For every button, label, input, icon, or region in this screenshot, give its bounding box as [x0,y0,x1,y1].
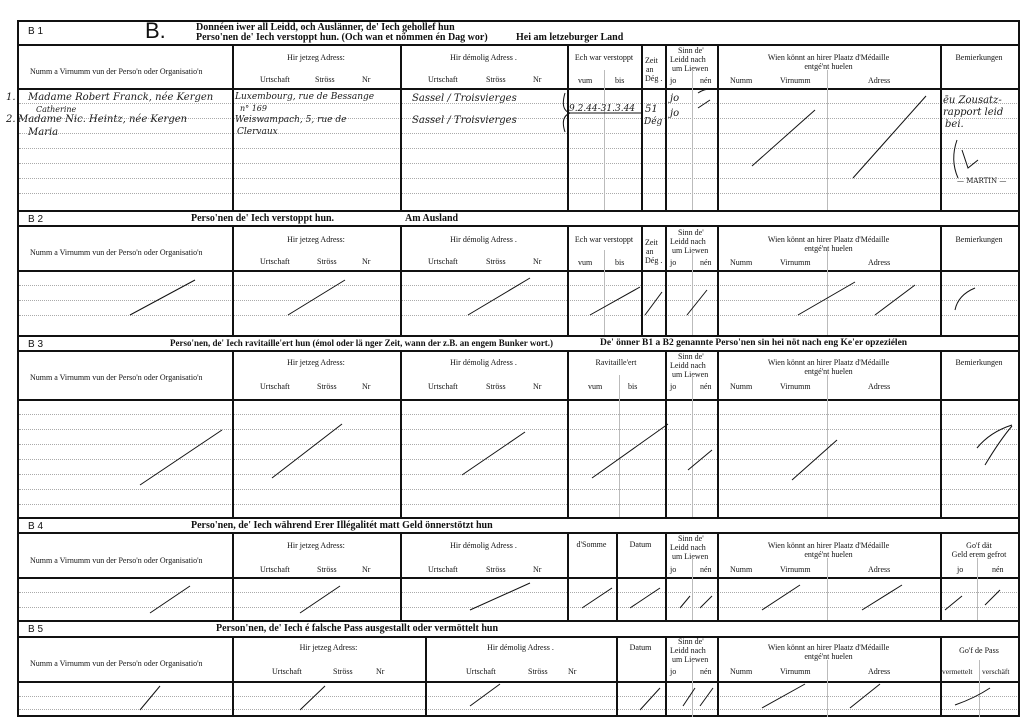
b4-header-urtschaft-former: Urtschaft [428,565,458,574]
b1-header-bottom [17,88,1019,90]
b4-header-jo: jo [670,565,676,574]
b5-header-numm: Numm [730,667,752,676]
b5-header-adress: Adress [868,667,890,676]
b3-header-medal-2: entgé'nt huelen [717,367,940,376]
b1-header-medal-1: Wien könnt an hirer Plaatz d'Médaille [717,53,940,62]
b4-header-nr-former: Nr [533,565,541,574]
b1-entry-period: 9.2.44-31.3.44 [569,104,635,114]
b4-header-medal-1: Wien könnt an hirer Plaatz d'Médaille [717,541,940,550]
b3-header-numm: Numm [730,382,752,391]
b1-entry-1-alive-jo: jo [670,93,679,104]
b4-header-alive-2: Leidd nach [670,543,706,552]
b5-header-medal-1: Wien könnt an hirer Plaatz d'Médaille [717,643,940,652]
b1-header-zeit-deg: Dég . [645,74,662,83]
b1-entry-1-name-2: Catherine [36,105,76,114]
b2-header-alive-3: um Liewen [672,246,708,255]
b5-header-jo: jo [670,667,676,676]
b1-entry-days-unit: Dég [644,117,662,127]
b1-entry-2-former-address: Sassel / Troisvierges [412,115,517,126]
b2-header-name: Numm a Virnumm vun der Perso'n oder Orga… [30,248,203,257]
b5-header-current-address: Hir jetzeg Adress: [232,643,425,652]
b4-header-money-given-1: Go'f dät [940,541,1018,550]
b1-remarks-2: rapport leid [943,107,1003,118]
b4-header-current-address: Hir jetzeg Adress: [232,541,400,550]
b4-header-money-jo: jo [957,565,963,574]
b1-header-nen: nén [700,76,712,85]
b2-header-current-address: Hir jetzeg Adress: [232,235,400,244]
b3-header-urtschaft-former: Urtschaft [428,382,458,391]
b5-header-name: Numm a Virnumm vun der Perso'n oder Orga… [30,659,203,668]
b1-header-vum: vum [578,76,592,85]
b1-header-virnumm: Virnumm [780,76,811,85]
b3-header-jo: jo [670,382,676,391]
b2-header-vum: vum [578,258,592,267]
b2-header-hidden-period: Ech war verstoppt [567,235,641,244]
b2-header-alive-1: Sinn de' [678,228,704,237]
b3-header-alive-2: Leidd nach [670,361,706,370]
b1-header-name: Numm a Virnumm vun der Perso'n oder Orga… [30,67,203,76]
b2-header-adress: Adress [868,258,890,267]
b4-header-money-nen: nén [992,565,1004,574]
b1-signature: — MARTIN — [957,177,1006,185]
b4-section-code: B 4 [28,521,43,532]
b3-header-current-address: Hir jetzeg Adress: [232,358,400,367]
b1-header-nr-former: Nr [533,75,541,84]
b4-header-alive-3: um Liewen [672,552,708,561]
b1-entry-2-current-address: Weiswampach, 5, rue de [235,115,346,125]
b4-header-nen: nén [700,565,712,574]
b1-header-alive-3: um Liewen [672,64,708,73]
b5-header-urtschaft-former: Urtschaft [466,667,496,676]
b2-header-virnumm: Virnumm [780,258,811,267]
b1-header-urtschaft: Urtschaft [260,75,290,84]
b4-header-nr: Nr [362,565,370,574]
b3-header-stross: Ströss [317,382,337,391]
b4-header-virnumm: Virnumm [780,565,811,574]
b1-header-hidden-period: Ech war verstoppt [567,53,641,62]
b1-entry-2-name: Madame Nic. Heintz, née Kergen [18,114,187,125]
b4-title: Perso'nen, de' Iech während Erer Illégal… [191,520,493,531]
b3-header-bis: bis [628,382,637,391]
b4-header-stross: Ströss [317,565,337,574]
b5-header-former-address: Hir démolig Adress . [425,643,616,652]
b1-entry-2-name-2: Maria [28,127,58,138]
b1-entry-1-current-address-2: n° 169 [240,104,267,113]
form-letter: B. [145,18,166,44]
b1-header-remarks: Bemierkungen [940,53,1018,62]
b2-title-2: Am Ausland [405,213,458,224]
b5-header-verschaft: verschäft [982,667,1009,676]
b2-header-bis: bis [615,258,624,267]
b1-entry-2-index: 2. [6,114,16,125]
b2-header-medal-1: Wien könnt an hirer Plaatz d'Médaille [717,235,940,244]
b1-header-bis: bis [615,76,624,85]
b2-header-urtschaft: Urtschaft [260,257,290,266]
b2-header-zeit-deg: Dég . [645,256,662,265]
b3-header-alive-1: Sinn de' [678,352,704,361]
b4-header-former-address: Hir démolig Adress . [400,541,567,550]
b5-header-stross: Ströss [333,667,353,676]
b3-header-remarks: Bemierkungen [940,358,1018,367]
b3-header-medal-1: Wien könnt an hirer Plaatz d'Médaille [717,358,940,367]
b4-header-money-given-2: Geld erem gefrot [940,550,1018,559]
b5-header-stross-former: Ströss [528,667,548,676]
b1-entry-2-current-address-2: Clervaux [237,127,278,137]
b5-header-alive-2: Leidd nach [670,646,706,655]
b5-header-nen: nén [700,667,712,676]
b3-header-stross-former: Ströss [486,382,506,391]
b3-header-adress: Adress [868,382,890,391]
b2-header-stross-former: Ströss [486,257,506,266]
b5-title: Person'nen, de' Iech é falsche Pass ausg… [216,623,498,634]
b2-header-nr-former: Nr [533,257,541,266]
b1-remarks-3: bei. [945,119,964,130]
b3-header-nr-former: Nr [533,382,541,391]
b2-header-alive-2: Leidd nach [670,237,706,246]
b2-header-numm: Numm [730,258,752,267]
b1-header-former-address: Hir démolig Adress . [400,53,567,62]
b2-header-nen: nén [700,258,712,267]
b4-header-somme: d'Somme [567,540,616,549]
b4-header-datum: Datum [616,540,665,549]
b3-header-name: Numm a Virnumm vun der Perso'n oder Orga… [30,373,203,382]
b1-header-current-address: Hir jetzeg Adress: [232,53,400,62]
b4-header-urtschaft: Urtschaft [260,565,290,574]
b5-section-code: B 5 [28,624,43,635]
b4-header-adress: Adress [868,565,890,574]
b3-header-nr: Nr [362,382,370,391]
b2-header-zeit-an: an [646,247,654,256]
b1-entry-1-name: Madame Robert Franck, née Kergen [28,92,213,103]
b2-title: Perso'nen de' Iech verstoppt hun. [191,213,334,224]
b1-section-code: B 1 [28,26,43,37]
b1-entry-2-alive-jo: jo [670,108,679,119]
b2-header-nr: Nr [362,257,370,266]
b3-header-ravitaille: Ravitaille'ert [567,358,665,367]
b5-header-virnumm: Virnumm [780,667,811,676]
b1-title-divider [17,44,1019,46]
b1-header-nr: Nr [362,75,370,84]
b4-header-alive-1: Sinn de' [678,534,704,543]
b5-header-alive-3: um Liewen [672,655,708,664]
b3-title-2: De' önner B1 a B2 genannte Perso'nen sin… [600,338,907,348]
b2-header-remarks: Bemierkungen [940,235,1018,244]
b1-header-alive-2: Leidd nach [670,55,706,64]
b1-title-line-2: Perso'nen de' Iech verstoppt hun. (Och w… [196,32,488,43]
b4-header-medal-2: entgé'nt huelen [717,550,940,559]
b1-header-zeit-an: an [646,65,654,74]
b1-header-adress: Adress [868,76,890,85]
b2-header-zeit: Zeit [645,238,658,247]
b1-header-numm: Numm [730,76,752,85]
b5-header-medal-2: entgé'nt huelen [717,652,940,661]
b2-header-stross: Ströss [317,257,337,266]
b3-header-virnumm: Virnumm [780,382,811,391]
b2-header-former-address: Hir démolig Adress . [400,235,567,244]
b2-header-urtschaft-former: Urtschaft [428,257,458,266]
b3-header-urtschaft: Urtschaft [260,382,290,391]
b1-header-stross: Ströss [315,75,335,84]
b1-header-jo: jo [670,76,676,85]
b1-entry-1-index: 1. [6,92,16,103]
b3-section-code: B 3 [28,339,43,350]
b2-header-medal-2: entgé'nt huelen [717,244,940,253]
b1-entry-1-current-address: Luxembourg, rue de Bessange [235,92,374,102]
b1-entry-days: 51 [645,104,658,115]
b3-header-nen: nén [700,382,712,391]
b2-header-jo: jo [670,258,676,267]
b5-header-vermettelt: vermettelt [942,667,972,676]
b2-section-code: B 2 [28,214,43,225]
b4-header-stross-former: Ströss [486,565,506,574]
b1-header-alive-1: Sinn de' [678,46,704,55]
b1-remarks-1: ēu Zousatz- [943,95,1002,106]
b3-header-former-address: Hir démolig Adress . [400,358,567,367]
b5-header-alive-1: Sinn de' [678,637,704,646]
b3-title: Perso'nen, de' Iech ravitaille'ert hun (… [170,338,553,348]
b1-entry-1-former-address: Sassel / Troisvierges [412,93,517,104]
b5-header-nr: Nr [376,667,384,676]
b5-header-pass-given: Go'f de Pass [940,646,1018,655]
b5-header-datum: Datum [616,643,665,652]
b1-header-urtschaft-former: Urtschaft [428,75,458,84]
b1-title-line-3: Hei am letzeburger Land [516,32,623,43]
b5-header-urtschaft: Urtschaft [272,667,302,676]
b4-header-name: Numm a Virnumm vun der Perso'n oder Orga… [30,556,203,565]
b4-header-numm: Numm [730,565,752,574]
b1-header-medal-2: entgé'nt huelen [717,62,940,71]
b3-header-vum: vum [588,382,602,391]
b1-header-zeit: Zeit [645,56,658,65]
b1-top-border [17,20,1019,22]
b1-header-stross-former: Ströss [486,75,506,84]
b5-header-nr-former: Nr [568,667,576,676]
b3-header-alive-3: um Liewen [672,370,708,379]
